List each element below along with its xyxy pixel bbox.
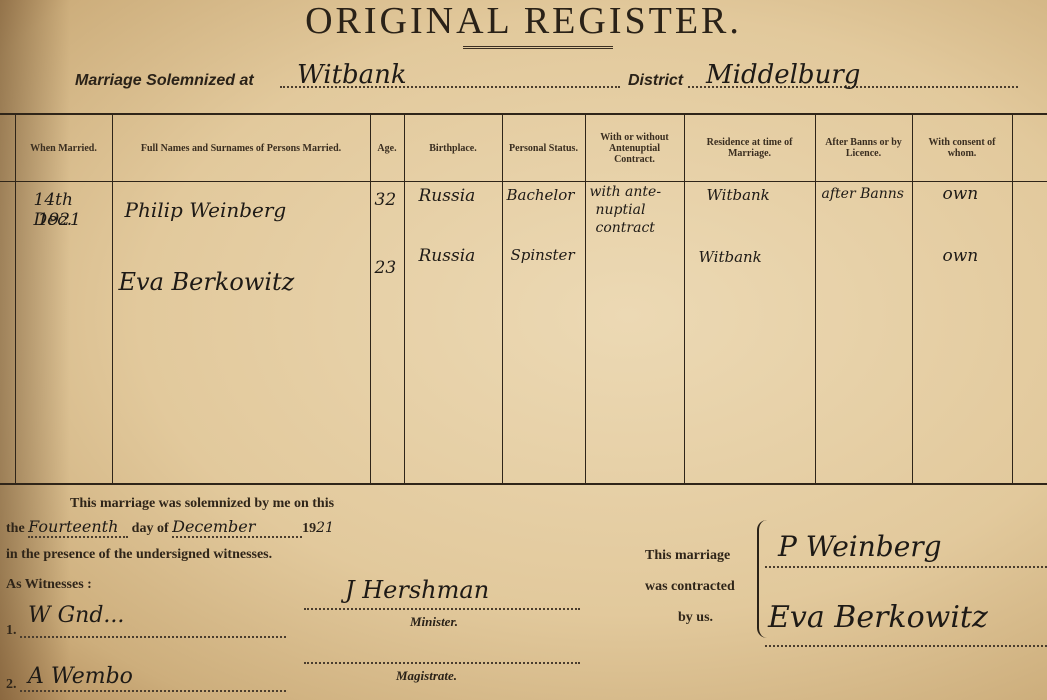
register-table: When Married. Full Names and Surnames of… xyxy=(0,113,1047,485)
col-age: Age. xyxy=(370,114,404,182)
col-banns: After Banns or by Licence. xyxy=(815,114,912,182)
cell-contract: with ante- nuptial contract xyxy=(585,182,684,485)
cell-residence: Witbank Witbank xyxy=(684,182,815,485)
district-value: Middelburg xyxy=(706,60,860,90)
groom-status: Bachelor xyxy=(507,186,575,204)
groom-residence: Witbank xyxy=(707,186,770,204)
groom-birthplace: Russia xyxy=(419,186,476,206)
witness-1-signature: W Gnd... xyxy=(28,603,124,628)
contracted-line-1: This marriage xyxy=(645,548,730,564)
cell-consent: own own xyxy=(912,182,1012,485)
magistrate-label: Magistrate. xyxy=(396,668,457,684)
bride-age: 23 xyxy=(375,258,397,278)
bride-residence: Witbank xyxy=(699,248,762,266)
groom-consent: own xyxy=(943,184,979,204)
cell-banns: after Banns xyxy=(815,182,912,485)
contracted-line-3: by us. xyxy=(678,610,713,626)
witness-2-signature: A Wembo xyxy=(28,664,133,689)
date-year: 1921 xyxy=(38,210,81,230)
table-header: When Married. Full Names and Surnames of… xyxy=(0,114,1047,182)
minister-signature: J Hershman xyxy=(345,576,489,604)
date-line: the Fourteenth day of December1921 xyxy=(6,517,406,538)
cell-status: Bachelor Spinster xyxy=(502,182,585,485)
cell-age: 32 23 xyxy=(370,182,404,485)
groom-signature: P Weinberg xyxy=(778,530,942,563)
col-residence: Residence at time of Marriage. xyxy=(684,114,815,182)
witnesses-label: As Witnesses : xyxy=(6,577,92,593)
witness-2-number: 2. xyxy=(6,677,17,693)
title-divider xyxy=(463,46,613,49)
cell-names: Philip Weinberg Eva Berkowitz xyxy=(112,182,370,485)
contracted-line-2: was contracted xyxy=(645,579,735,595)
solemnized-statement: This marriage was solemnized by me on th… xyxy=(70,496,334,512)
solemnized-place: Witbank xyxy=(297,60,407,90)
cell-birthplace: Russia Russia xyxy=(404,182,502,485)
contract-line-3: contract xyxy=(596,220,655,236)
bride-birthplace: Russia xyxy=(419,246,476,266)
col-extra xyxy=(1012,114,1047,182)
contract-line-1: with ante- xyxy=(590,184,662,200)
col-when-married: When Married. xyxy=(15,114,112,182)
solemnized-label: Marriage Solemnized at xyxy=(75,72,254,90)
banns-value: after Banns xyxy=(822,186,904,202)
day-value: Fourteenth xyxy=(28,517,128,538)
district-label: District xyxy=(628,72,683,90)
bride-status: Spinster xyxy=(511,246,575,264)
groom-name: Philip Weinberg xyxy=(125,198,287,222)
col-full-names: Full Names and Surnames of Persons Marri… xyxy=(112,114,370,182)
year-value: 21 xyxy=(316,520,334,536)
col-personal-status: Personal Status. xyxy=(502,114,585,182)
presence-statement: in the presence of the undersigned witne… xyxy=(6,547,272,563)
minister-label: Minister. xyxy=(410,614,458,630)
col-antenuptial: With or without Antenuptial Contract. xyxy=(585,114,684,182)
document-title: ORIGINAL REGISTER. xyxy=(0,0,1047,42)
witness-1-number: 1. xyxy=(6,623,17,639)
groom-age: 32 xyxy=(375,190,397,210)
table-row: 14th Dec. 1921 Philip Weinberg Eva Berko… xyxy=(0,182,1047,485)
col-birthplace: Birthplace. xyxy=(404,114,502,182)
month-value: December xyxy=(172,517,302,538)
cell-when-married: 14th Dec. 1921 xyxy=(15,182,112,485)
bride-name: Eva Berkowitz xyxy=(119,268,295,296)
col-consent: With consent of whom. xyxy=(912,114,1012,182)
contract-line-2: nuptial xyxy=(596,202,646,218)
bride-consent: own xyxy=(943,246,979,266)
bride-signature: Eva Berkowitz xyxy=(768,600,988,635)
